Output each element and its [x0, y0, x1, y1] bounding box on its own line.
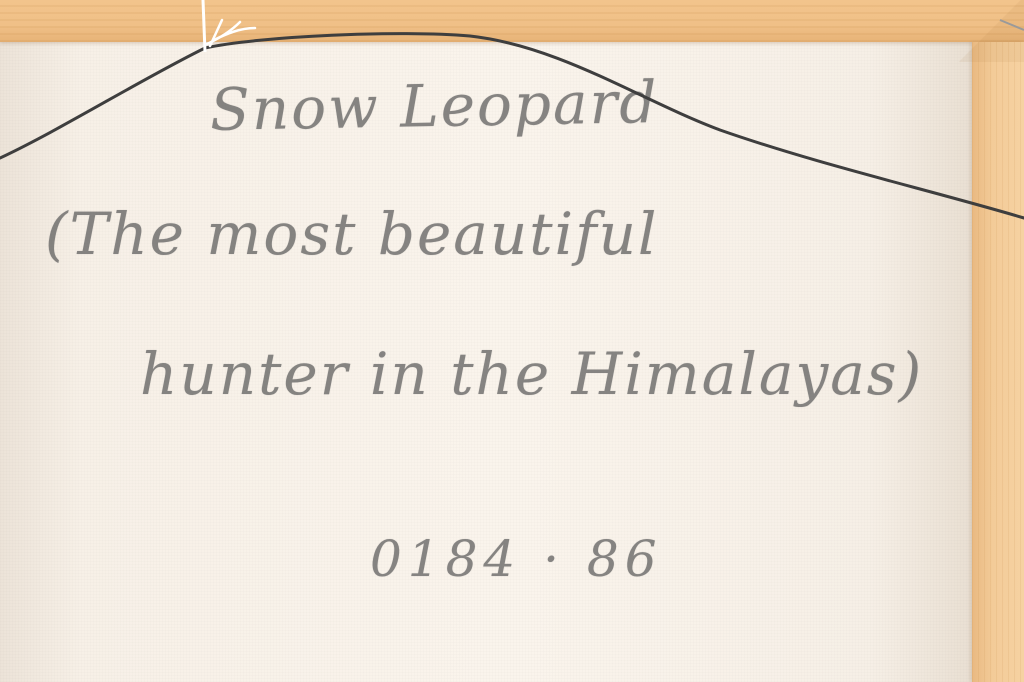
hanging-wire — [0, 0, 1024, 682]
